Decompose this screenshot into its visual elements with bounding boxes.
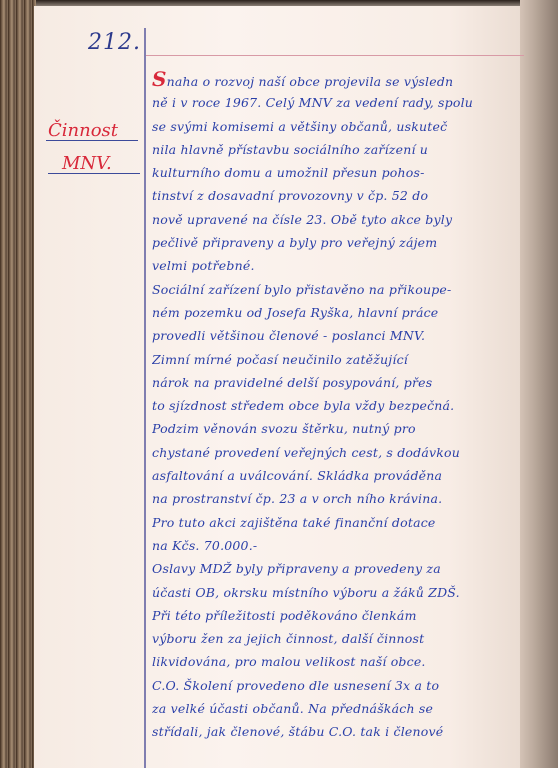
handwritten-body: Snaha o rozvoj naší obce projevila se vý…	[152, 68, 524, 744]
text-line: Snaha o rozvoj naší obce projevila se vý…	[152, 68, 524, 91]
text-line: chystané provedení veřejných cest, s dod…	[152, 441, 524, 464]
text-line: Podzim věnován svozu štěrku, nutný pro	[152, 417, 524, 440]
header-rule	[146, 55, 524, 56]
page-number: 212.	[88, 30, 141, 55]
margin-heading-underline-1	[46, 140, 138, 141]
text-line: Při této příležitosti poděkováno členkám	[152, 604, 524, 627]
text-line: likvidována, pro malou velikost naší obc…	[152, 650, 524, 673]
text-line: kulturního domu a umožnil přesun pohos-	[152, 161, 524, 184]
text-line: to sjízdnost středem obce byla vždy bezp…	[152, 394, 524, 417]
text-line: Sociální zařízení bylo přistavěno na při…	[152, 278, 524, 301]
text-line: Zimní mírné počasí neučinilo zatěžující	[152, 348, 524, 371]
drop-cap: S	[152, 68, 167, 91]
text-line: provedli většinou členové - poslanci MNV…	[152, 324, 524, 347]
text-line: nila hlavně přístavbu sociálního zařízen…	[152, 138, 524, 161]
text-line: tinství z dosavadní provozovny v čp. 52 …	[152, 184, 524, 207]
margin-heading-underline-2	[48, 173, 140, 174]
book-page-edges	[0, 0, 36, 768]
text-line: na Kčs. 70.000.-	[152, 534, 524, 557]
text-line: výboru žen za jejich činnost, další činn…	[152, 627, 524, 650]
text-line: velmi potřebné.	[152, 254, 524, 277]
margin-heading-line1: Činnost	[48, 120, 118, 141]
margin-rule	[144, 28, 146, 768]
text-line: pečlivě připraveny a byly pro veřejný zá…	[152, 231, 524, 254]
text-line: C.O. Školení provedeno dle usnesení 3x a…	[152, 674, 524, 697]
text-line: se svými komisemi a většiny občanů, usku…	[152, 115, 524, 138]
text-line: Pro tuto akci zajištěna také finanční do…	[152, 511, 524, 534]
text-line: Oslavy MDŽ byly připraveny a provedeny z…	[152, 557, 524, 580]
text-line: nárok na pravidelné delší posypování, př…	[152, 371, 524, 394]
text-line: účasti OB, okrsku místního výboru a žáků…	[152, 581, 524, 604]
margin-heading-line2: MNV.	[62, 153, 112, 174]
text-line: ně i v roce 1967. Celý MNV za vedení rad…	[152, 91, 524, 114]
text-line: asfaltování a uválcování. Skládka provád…	[152, 464, 524, 487]
book-gutter	[520, 0, 558, 768]
text-line: střídali, jak členové, štábu C.O. tak i …	[152, 720, 524, 743]
text-line: na prostranství čp. 23 a v orch ního krá…	[152, 487, 524, 510]
text-line: za velké účasti občanů. Na přednáškách s…	[152, 697, 524, 720]
text-line: ném pozemku od Josefa Ryška, hlavní prác…	[152, 301, 524, 324]
text-line: nově upravené na čísle 23. Obě tyto akce…	[152, 208, 524, 231]
